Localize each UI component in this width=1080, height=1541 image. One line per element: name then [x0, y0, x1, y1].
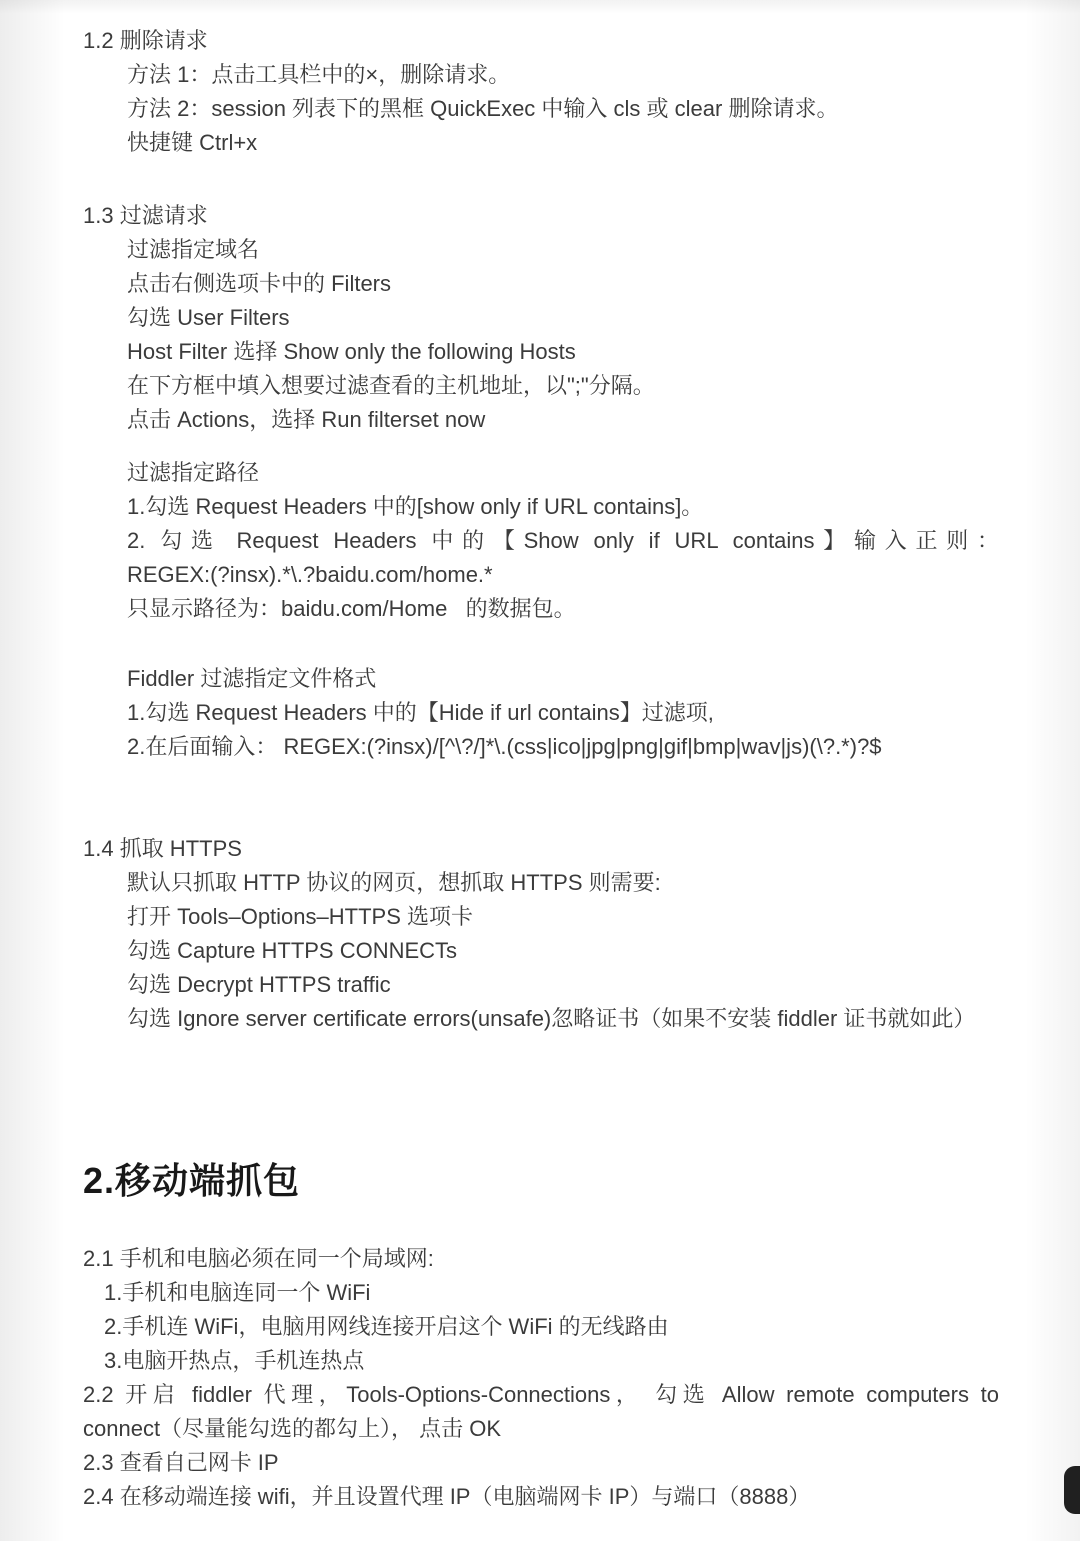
file-filter-regex-line: 2.在后面输入： REGEX:(?insx)/[^\?/]*\.(css|ico…	[127, 730, 1018, 764]
delete-shortcut-line: 快捷键 Ctrl+x	[127, 126, 1018, 160]
domain-filter-step-line: 点击 Actions，选择 Run filterset now	[127, 403, 1018, 437]
domain-filter-step-line: 在下方框中填入想要过滤查看的主机地址，以";"分隔。	[127, 369, 1018, 403]
heading-2-mobile-capture: 2.移动端抓包	[83, 1157, 1080, 1205]
edge-floating-button[interactable]	[1064, 1466, 1080, 1514]
heading-1-3: 1.3 过滤请求	[83, 199, 1018, 233]
proxy-setup-line-2: connect（尽量能勾选的都勾上）， 点击 OK	[83, 1412, 1018, 1446]
https-intro-line: 默认只抓取 HTTP 协议的网页，想抓取 HTTPS 则需要:	[127, 866, 1018, 900]
domain-filter-step-line: 勾选 User Filters	[127, 301, 1018, 335]
file-filter-title: Fiddler 过滤指定文件格式	[127, 662, 1018, 696]
path-filter-step-line: 1.勾选 Request Headers 中的[show only if URL…	[127, 490, 1018, 524]
path-filter-step-line: 2. 勾选 Request Headers 中的【Show only if UR…	[127, 524, 999, 558]
path-filter-title: 过滤指定路径	[127, 456, 1018, 490]
proxy-setup-line-1: 2.2 开启 fiddler 代理，Tools-Options-Connecti…	[83, 1378, 999, 1412]
heading-1-4: 1.4 抓取 HTTPS	[83, 832, 1018, 866]
https-step-line: 勾选 Decrypt HTTPS traffic	[127, 968, 1018, 1002]
mobile-proxy-line: 2.4 在移动端连接 wifi，并且设置代理 IP（电脑端网卡 IP）与端口（8…	[83, 1480, 1018, 1514]
lan-option-line: 1.手机和电脑连同一个 WiFi	[104, 1276, 1018, 1310]
document-page: 1.2 删除请求 方法 1：点击工具栏中的×，删除请求。 方法 2：sessio…	[0, 0, 1080, 1541]
https-step-line: 勾选 Capture HTTPS CONNECTs	[127, 934, 1018, 968]
lan-option-line: 3.电脑开热点，手机连热点	[104, 1344, 1018, 1378]
section-delete-requests: 1.2 删除请求 方法 1：点击工具栏中的×，删除请求。 方法 2：sessio…	[0, 24, 1080, 160]
domain-filter-title: 过滤指定域名	[127, 233, 1018, 267]
lan-requirement-line: 2.1 手机和电脑必须在同一个局域网:	[83, 1242, 1018, 1276]
heading-1-2: 1.2 删除请求	[83, 24, 1018, 58]
section-mobile-capture: 2.1 手机和电脑必须在同一个局域网: 1.手机和电脑连同一个 WiFi 2.手…	[0, 1242, 1080, 1514]
section-capture-https: 1.4 抓取 HTTPS 默认只抓取 HTTP 协议的网页，想抓取 HTTPS …	[0, 832, 1080, 1036]
file-filter-step-line: 1.勾选 Request Headers 中的【Hide if url cont…	[127, 696, 1018, 730]
domain-filter-step-line: 点击右侧选项卡中的 Filters	[127, 267, 1018, 301]
lan-option-line: 2.手机连 WiFi，电脑用网线连接开启这个 WiFi 的无线路由	[104, 1310, 1018, 1344]
delete-method-2-line: 方法 2：session 列表下的黑框 QuickExec 中输入 cls 或 …	[127, 92, 1018, 126]
https-step-line: 勾选 Ignore server certificate errors(unsa…	[127, 1002, 1018, 1036]
delete-method-1-line: 方法 1：点击工具栏中的×，删除请求。	[127, 58, 1018, 92]
domain-filter-step-line: Host Filter 选择 Show only the following H…	[127, 335, 1018, 369]
path-filter-result-line: 只显示路径为：baidu.com/Home 的数据包。	[127, 592, 1018, 626]
path-filter-group: 过滤指定路径 1.勾选 Request Headers 中的[show only…	[0, 456, 1080, 626]
file-filter-group: Fiddler 过滤指定文件格式 1.勾选 Request Headers 中的…	[0, 662, 1080, 764]
check-ip-line: 2.3 查看自己网卡 IP	[83, 1446, 1018, 1480]
section-filter-requests: 1.3 过滤请求 过滤指定域名 点击右侧选项卡中的 Filters 勾选 Use…	[0, 199, 1080, 764]
https-step-line: 打开 Tools–Options–HTTPS 选项卡	[127, 900, 1018, 934]
path-filter-regex-line: REGEX:(?insx).*\.?baidu.com/home.*	[127, 558, 1018, 592]
